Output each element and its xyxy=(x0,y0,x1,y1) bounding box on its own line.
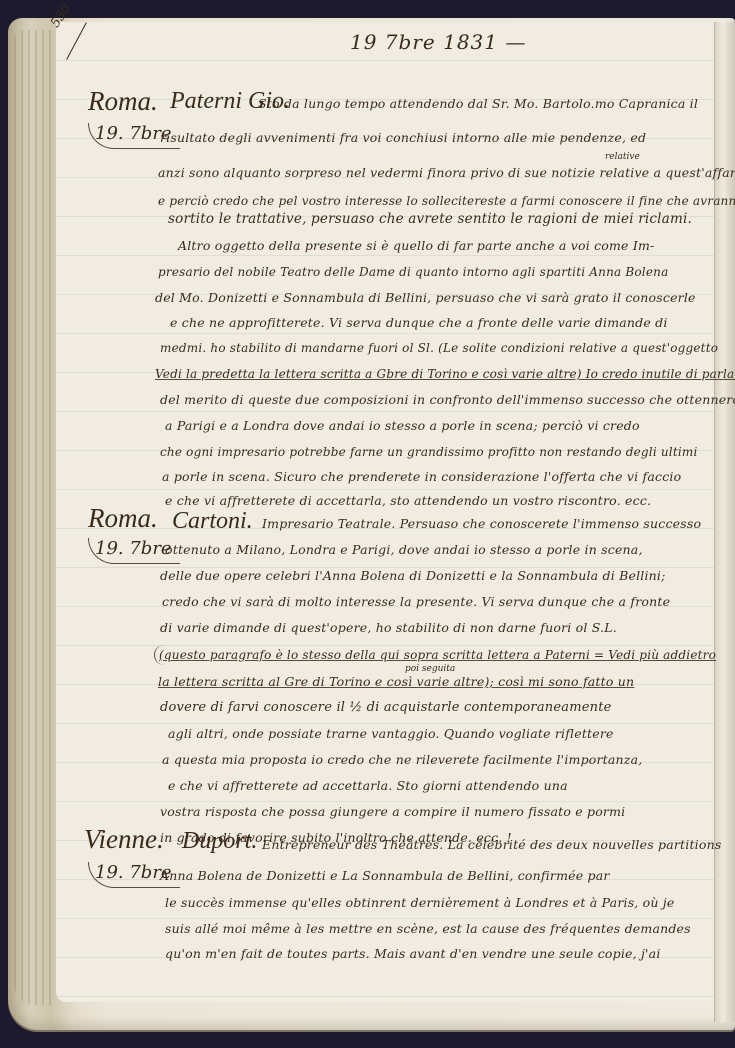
entry-addressee: Cartoni. xyxy=(172,508,253,535)
text-line: e che ne approfitterete. Vi serva dunque… xyxy=(170,313,668,333)
text-line: Anna Bolena de Donizetti e La Sonnambula… xyxy=(160,866,610,886)
text-line: delle due opere celebri l'Anna Bolena di… xyxy=(160,566,666,586)
page-date-header: 19 7bre 1831 — xyxy=(350,30,526,54)
text-line: a questa mia proposta io credo che ne ri… xyxy=(162,750,642,770)
text-line: e perciò credo che pel vostro interesse … xyxy=(158,191,735,211)
text-line: (questo paragrafo è lo stesso della qui … xyxy=(154,645,716,665)
entry-addressee: Duport. xyxy=(182,828,257,855)
text-line: la lettera scritta al Gre di Torino e co… xyxy=(158,672,634,692)
text-line: medmi. ho stabilito di mandarne fuori ol… xyxy=(160,338,718,358)
text-line: del Mo. Donizetti e Sonnambula di Bellin… xyxy=(155,288,696,308)
text-line: le succès immense qu'elles obtinrent der… xyxy=(165,893,674,913)
text-line: che ogni impresario potrebbe farne un gr… xyxy=(160,442,698,462)
text-line: suis allé moi même à les mettre en scène… xyxy=(165,919,691,939)
text-line: Vedi la predetta la lettera scritta a Gb… xyxy=(155,364,735,384)
text-line: Impresario Teatrale. Persuaso che conosc… xyxy=(262,514,701,534)
text-line: e che vi affretterete ad accettarla. Sto… xyxy=(168,776,568,796)
text-line: qu'on m'en fait de toutes parts. Mais av… xyxy=(165,944,661,964)
text-line: vostra risposta che possa giungere a com… xyxy=(160,802,625,822)
text-line: Entrepreneur des Théâtres. La célébrité … xyxy=(262,835,721,855)
text-line: a porle in scena. Sicuro che prenderete … xyxy=(162,467,681,487)
text-line: di varie dimande di quest'opere, ho stab… xyxy=(160,618,617,638)
text-line: risultato degli avvenimenti fra voi conc… xyxy=(160,128,646,148)
text-line: sortito le trattative, persuaso che avre… xyxy=(168,209,692,229)
entry-place: Vienne. xyxy=(84,824,164,855)
text-line: presario del nobile Teatro delle Dame di… xyxy=(158,262,668,282)
entry-place: Roma. xyxy=(88,86,158,117)
text-line: ottenuto a Milano, Londra e Parigi, dove… xyxy=(165,540,643,560)
text-line: a Parigi e a Londra dove andai io stesso… xyxy=(165,416,640,436)
text-line: anzi sono alquanto sorpreso nel vedermi … xyxy=(158,163,735,183)
deckled-page-edges xyxy=(14,30,54,1005)
text-line: agli altri, onde possiate trarne vantagg… xyxy=(168,724,614,744)
entry-place: Roma. xyxy=(88,503,158,534)
text-line: Sto da lungo tempo attendendo dal Sr. Mo… xyxy=(258,94,698,114)
text-line: Altro oggetto della presente si è quello… xyxy=(178,236,654,256)
interlinear-insertion: relative xyxy=(605,152,640,162)
text-line: credo che vi sarà di molto interesse la … xyxy=(162,592,670,612)
text-line: del merito di queste due composizioni in… xyxy=(160,390,735,410)
text-line: dovere di farvi conoscere il ½ di acquis… xyxy=(160,698,612,718)
